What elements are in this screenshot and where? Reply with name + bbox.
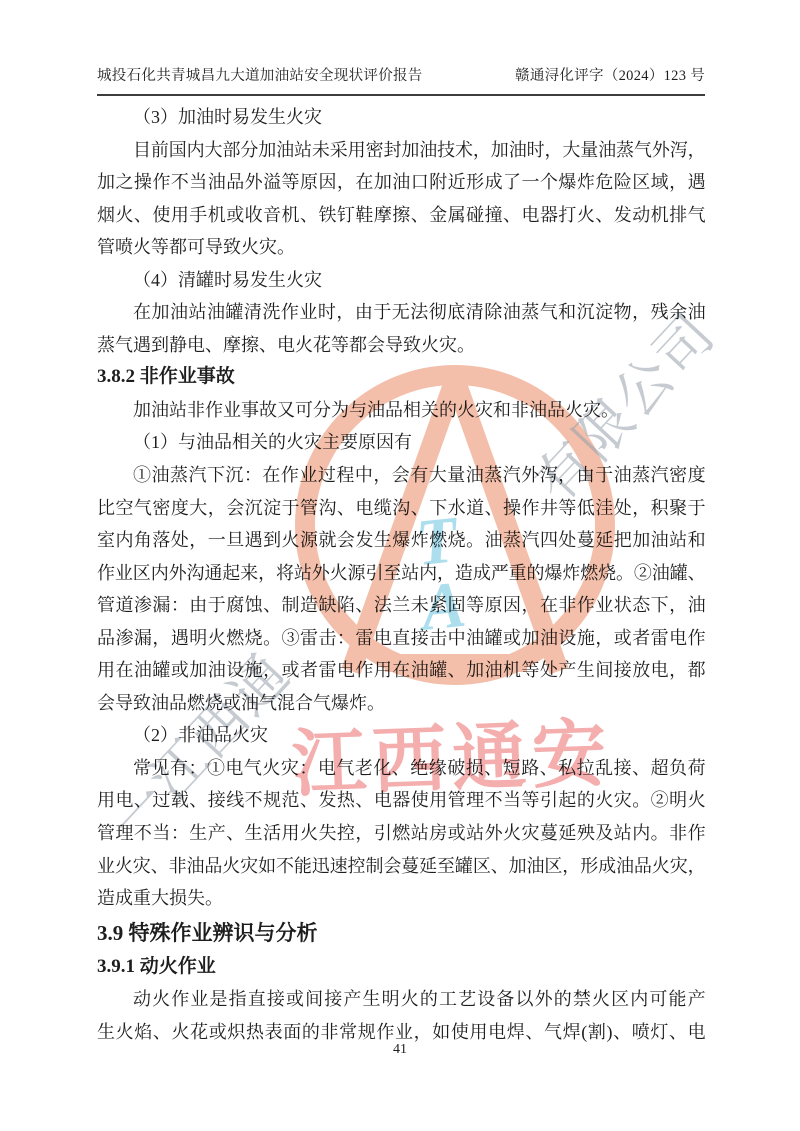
text-line: 会导致油品燃烧或油气混合气爆炸。 — [97, 687, 705, 720]
text-line: 常见有：①电气火灾：电气老化、绝缘破损、短路、私拉乱接、超负荷 — [97, 752, 705, 785]
text-line: 室内角落处，一旦遇到火源就会发生爆炸燃烧。油蒸汽四处蔓延把加油站和 — [97, 524, 705, 557]
header-doc-number: 赣通浔化评字（2024）123 号 — [515, 66, 705, 86]
text-line: 作业区内外沟通起来，将站外火源引至站内，造成严重的爆炸燃烧。②油罐、 — [97, 557, 705, 590]
text-line: （3）加油时易发生火灾 — [97, 101, 705, 134]
section-heading: 3.9 特殊作业辨识与分析 — [97, 915, 705, 951]
text-line: 用在油罐或加油设施，或者雷电作用在油罐、加油机等处产生间接放电，都 — [97, 654, 705, 687]
text-line: 管道渗漏：由于腐蚀、制造缺陷、法兰未紧固等原因，在非作业状态下，油 — [97, 589, 705, 622]
report-header: 城投石化共青城昌九大道加油站安全现状评价报告 赣通浔化评字（2024）123 号 — [97, 66, 705, 96]
text-line: ①油蒸汽下沉：在作业过程中，会有大量油蒸汽外泻，由于油蒸汽密度 — [97, 459, 705, 492]
text-line: 目前国内大部分加油站未采用密封加油技术，加油时，大量油蒸气外泻， — [97, 134, 705, 167]
report-page: 城投石化共青城昌九大道加油站安全现状评价报告 赣通浔化评字（2024）123 号… — [0, 0, 800, 1131]
text-line: 比空气密度大，会沉淀于管沟、电缆沟、下水道、操作井等低洼处，积聚于 — [97, 492, 705, 525]
text-line: 动火作业是指直接或间接产生明火的工艺设备以外的禁火区内可能产 — [97, 983, 705, 1016]
text-line: 加之操作不当油品外溢等原因，在加油口附近形成了一个爆炸危险区域，遇 — [97, 166, 705, 199]
text-line: 管喷火等都可导致火灾。 — [97, 231, 705, 264]
document-lines: （3）加油时易发生火灾目前国内大部分加油站未采用密封加油技术，加油时，大量油蒸气… — [97, 101, 705, 1048]
page-number: 41 — [393, 1042, 407, 1057]
section-heading: 3.9.1 动火作业 — [97, 951, 705, 984]
text-line: （2）非油品火灾 — [97, 719, 705, 752]
text-line: 加油站非作业事故又可分为与油品相关的火灾和非油品火灾。 — [97, 394, 705, 427]
text-line: 品渗漏，遇明火燃烧。③雷击：雷电直接击中油罐或加油设施，或者雷电作 — [97, 622, 705, 655]
header-report-title: 城投石化共青城昌九大道加油站安全现状评价报告 — [97, 66, 423, 86]
page-footer: 41 — [0, 1042, 800, 1058]
text-line: 蒸气遇到静电、摩擦、电火花等都会导致火灾。 — [97, 329, 705, 362]
text-line: 管理不当：生产、生活用火失控，引燃站房或站外火灾蔓延殃及站内。非作 — [97, 817, 705, 850]
text-line: （4）清罐时易发生火灾 — [97, 264, 705, 297]
section-heading: 3.8.2 非作业事故 — [97, 361, 705, 394]
text-line: 业火灾、非油品火灾如不能迅速控制会蔓延至罐区、加油区，形成油品火灾， — [97, 850, 705, 883]
text-line: 用电、过载、接线不规范、发热、电器使用管理不当等引起的火灾。②明火 — [97, 784, 705, 817]
text-line: 在加油站油罐清洗作业时，由于无法彻底清除油蒸气和沉淀物，残余油 — [97, 296, 705, 329]
text-line: 造成重大损失。 — [97, 882, 705, 915]
text-line: （1）与油品相关的火灾主要原因有 — [97, 426, 705, 459]
text-line: 烟火、使用手机或收音机、铁钉鞋摩擦、金属碰撞、电器打火、发动机排气 — [97, 199, 705, 232]
